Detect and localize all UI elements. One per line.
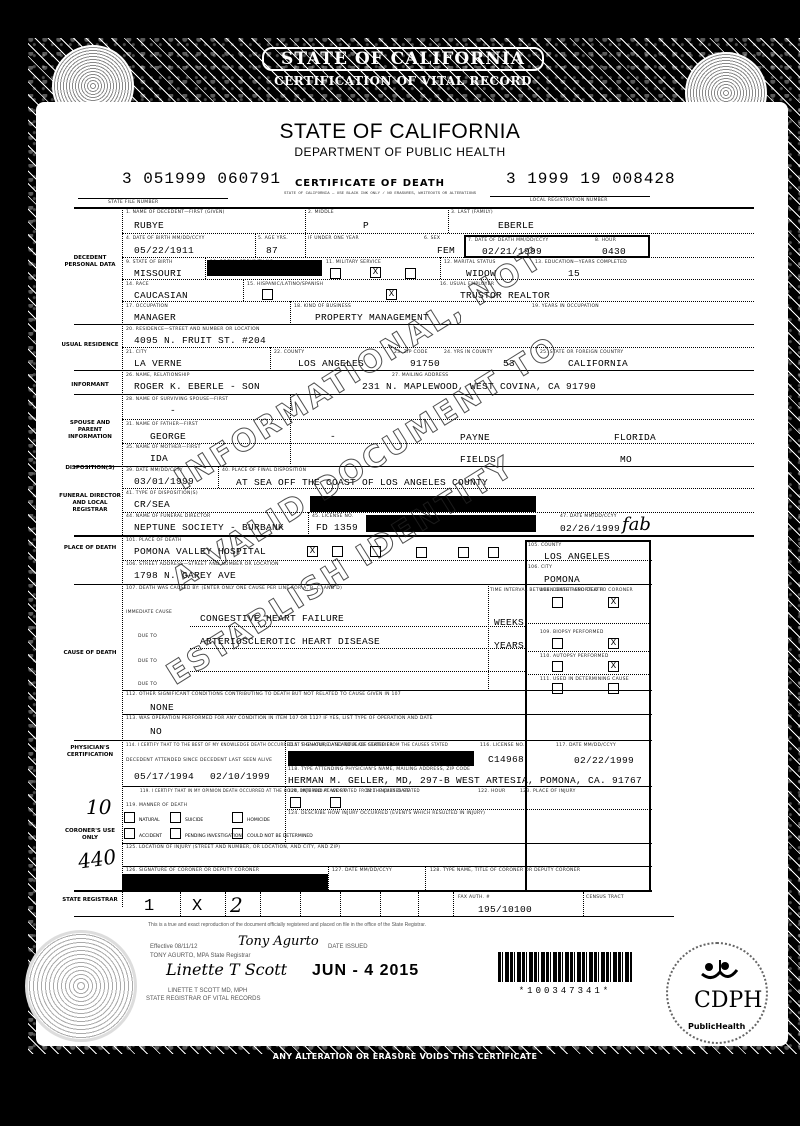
mother-first: IDA [150,453,168,464]
autopsy-no-checkbox[interactable]: X [608,661,619,672]
coroner-yes-checkbox[interactable] [552,597,563,608]
injured-yes-checkbox[interactable] [290,797,301,808]
manner-undetermined-checkbox[interactable] [232,828,243,839]
funeral-license-no: FD 1359 [316,522,358,533]
conv-hosp-checkbox[interactable] [416,547,427,558]
department-subtitle: DEPARTMENT OF PUBLIC HEALTH [0,145,800,159]
section-state-registrar: STATE REGISTRAR [58,897,122,904]
spouse-first: - [170,405,176,416]
banner-certification: CERTIFICATION OF VITAL RECORD [262,74,544,88]
father-first: GEORGE [150,431,186,442]
hispanic-yes-checkbox[interactable] [262,289,273,300]
state-of-birth: MISSOURI [134,268,182,279]
manner-homicide-checkbox[interactable] [232,812,243,823]
registrar-2-title: STATE REGISTRAR OF VITAL RECORDS [146,996,260,1002]
section-spouse-parent: SPOUSE AND PARENT INFORMATION [58,420,122,441]
fax-auth-number: 195/10100 [478,904,532,915]
people-icon [700,958,738,988]
registrar-1: TONY AGURTO, MPA State Registrar [150,953,250,959]
decedent-middle: P [363,220,369,231]
section-funeral: FUNERAL DIRECTOR AND LOCAL REGISTRAR [58,493,122,514]
father-last: PAYNE [460,432,490,443]
physician-date: 02/22/1999 [574,755,634,766]
section-cause-of-death: CAUSE OF DEATH [58,650,122,657]
occupation: MANAGER [134,312,176,323]
banner: STATE OF CALIFORNIA CERTIFICATION OF VIT… [262,47,544,88]
used-yes-checkbox[interactable] [552,683,563,694]
hispanic-no-checkbox[interactable]: X [386,289,397,300]
residence-street: 4095 N. FRUIT ST. #204 [134,335,266,346]
military-unk-checkbox[interactable] [405,268,416,279]
date-issued: JUN - 4 2015 [312,962,419,980]
registrar-2: LINETTE T SCOTT MD, MPH [168,988,247,994]
local-registration-number: 3 1999 19 008428 [506,170,676,188]
section-coroner: CORONER'S USE ONLY [58,828,122,842]
redacted-ssn [207,260,322,276]
used-no-checkbox[interactable] [608,683,619,694]
injured-no-checkbox[interactable] [330,797,341,808]
manner-pending-checkbox[interactable] [170,828,181,839]
redacted-physician-signature [288,751,474,766]
cdph-logo: CDPH PublicHealth [666,942,768,1044]
section-physician: PHYSICIAN'S CERTIFICATION [58,745,122,759]
manner-accident-checkbox[interactable] [124,828,135,839]
registrar-signature-1: Tony Agurto [238,934,319,949]
effective-date: Effective 08/11/12 [150,944,197,950]
cause-b-interval: YEARS [494,640,524,651]
race: CAUCASIAN [134,290,188,301]
section-residence: USUAL RESIDENCE [58,342,122,349]
page-title: STATE OF CALIFORNIA [0,120,800,144]
decedent-last-name: EBERLE [498,220,534,231]
state-file-number: 3 051999 060791 [122,170,281,188]
other-facility-checkbox[interactable] [488,547,499,558]
handwritten-initials: fab [622,514,651,535]
attended-since: 05/17/1994 [134,771,194,782]
father-birth-state: FLORIDA [614,432,656,443]
manner-suicide-checkbox[interactable] [170,812,181,823]
state-registrar-a: 1 [144,897,155,916]
cdph-tagline: PublicHealth [688,1022,745,1031]
residence-city: LA VERNE [134,358,182,369]
res-care-checkbox[interactable] [458,547,469,558]
barcode [498,952,632,982]
biopsy-no-checkbox[interactable]: X [608,638,619,649]
physician-name-address: HERMAN M. GELLER, MD, 297-B WEST ARTESIA… [288,775,642,786]
certificate-note: STATE OF CALIFORNIA — USE BLACK INK ONLY… [240,192,520,197]
state-registrar-c: 2 [230,893,243,917]
state-registrar-b: X [192,897,203,916]
great-seal-california [25,930,137,1042]
barcode-number: *100347341* [498,986,632,996]
decedent-sex: FEM [437,245,455,256]
military-no-checkbox[interactable]: X [370,267,381,278]
coroner-no-checkbox[interactable]: X [608,597,619,608]
education-years: 15 [568,268,580,279]
operation: NO [150,726,162,737]
disposition-type: CR/SEA [134,499,170,510]
autopsy-yes-checkbox[interactable] [552,661,563,672]
certify-text: This is a true and exact reproduction of… [148,922,448,928]
registrar-signature-2: Linette T Scott [166,960,287,979]
local-registration-label: LOCAL REGISTRATION NUMBER [530,198,608,203]
biopsy-yes-checkbox[interactable] [552,638,563,649]
certificate-title: CERTIFICATE OF DEATH [280,178,460,189]
informant-name: ROGER K. EBERLE - SON [134,381,260,392]
section-place-of-death: PLACE OF DEATH [58,545,122,552]
hour-of-death: 0430 [602,246,626,257]
decedent-age: 87 [266,245,278,256]
decedent-dob: 05/22/1911 [134,245,194,256]
registrar-date: 02/26/1999 [560,523,620,534]
date-issued-label: DATE ISSUED [328,944,368,950]
residence-zip: 91750 [410,358,440,369]
mother-birth-state: MO [620,454,632,465]
state-file-label: STATE FILE NUMBER [108,200,158,205]
redacted-coroner-signature [122,874,328,890]
residence-state: CALIFORNIA [568,358,628,369]
cdph-wordmark: CDPH [694,988,762,1013]
decedent-first-name: RUBYE [134,220,164,231]
military-yes-checkbox[interactable] [330,268,341,279]
last-seen-alive: 02/10/1999 [210,771,270,782]
father-middle: - [330,431,336,442]
handwritten-mark-1: 10 [86,795,111,819]
section-decedent: DECEDENT PERSONAL DATA [58,255,122,269]
footer-warning: ANY ALTERATION OR ERASURE VOIDS THIS CER… [270,1052,540,1061]
physician-license: C14968 [488,754,524,765]
banner-state: STATE OF CALIFORNIA [262,47,544,71]
ip-checkbox[interactable]: X [307,546,318,557]
section-informant: INFORMANT [58,382,122,389]
manner-natural-checkbox[interactable] [124,812,135,823]
other-conditions: NONE [150,702,174,713]
